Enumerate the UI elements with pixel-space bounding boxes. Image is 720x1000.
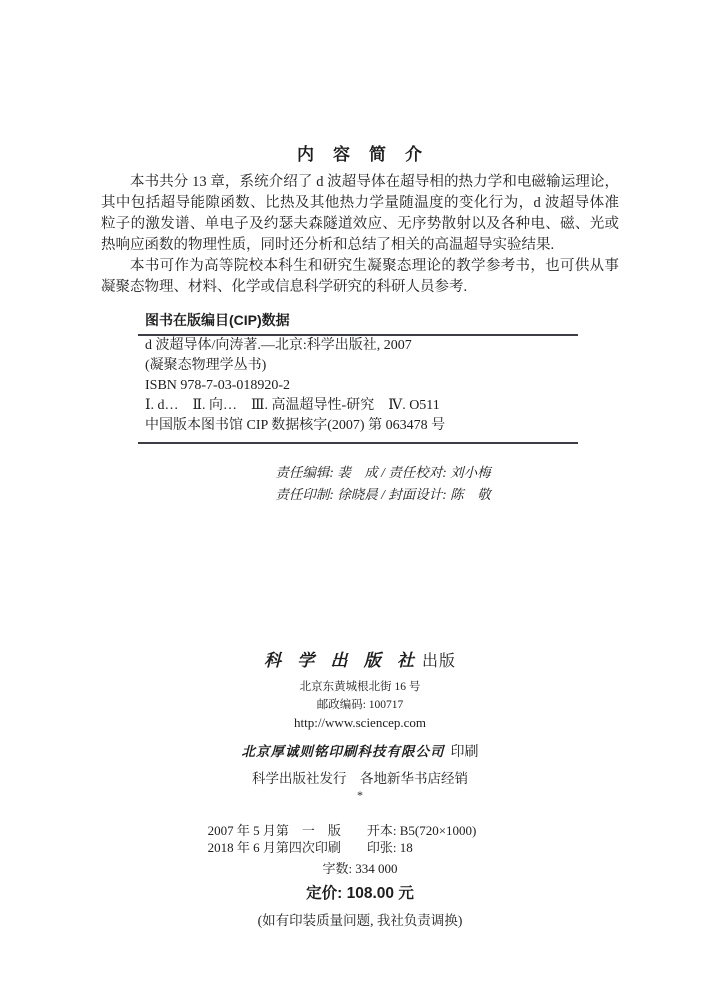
edition-block: 2007 年 5 月第 一 版 开本: B5(720×1000) 2018 年 …: [208, 823, 477, 856]
publisher-logo: 科 学 出 版 社: [264, 651, 420, 670]
cip-book-line: d 波超导体/向涛著.—北京:科学出版社, 2007: [138, 336, 578, 356]
credits-section: 责任编辑: 裴 成 / 责任校对: 刘小梅 责任印制: 徐晓晨 / 封面设计: …: [0, 464, 720, 508]
cip-classification-line: Ⅰ. d… Ⅱ. 向… Ⅲ. 高温超导性-研究 Ⅳ. O511: [138, 396, 578, 416]
publisher-line: 科 学 出 版 社出版: [0, 650, 720, 673]
distribution-line: 科学出版社发行 各地新华书店经销: [0, 767, 720, 787]
intro-section: 本书共分 13 章，系统介绍了 d 波超导体在超导相的热力学和电磁输运理论，其中…: [101, 172, 619, 298]
quality-notice: (如有印装质量问题, 我社负责调换): [0, 909, 720, 929]
intro-paragraph-1: 本书共分 13 章，系统介绍了 d 波超导体在超导相的热力学和电磁输运理论，其中…: [101, 172, 619, 256]
cip-isbn-line: ISBN 978-7-03-018920-2: [138, 376, 578, 396]
price-line: 定价: 108.00 元: [0, 881, 720, 903]
credits-editor-line: 责任编辑: 裴 成 / 责任校对: 刘小梅: [46, 464, 720, 482]
wordcount-line: 字数: 334 000: [0, 858, 720, 877]
publisher-postcode: 邮政编码: 100717: [0, 696, 720, 712]
cip-rule-bottom: [138, 442, 578, 444]
separator-asterisk: *: [0, 790, 720, 800]
publisher-logo-suffix: 出版: [422, 653, 456, 670]
cip-registry-line: 中国版本图书馆 CIP 数据核字(2007) 第 063478 号: [138, 416, 578, 436]
printer-name: 北京厚诚则铭印刷科技有限公司: [242, 744, 445, 759]
publisher-address: 北京东黄城根北街 16 号: [0, 678, 720, 694]
printer-line: 北京厚诚则铭印刷科技有限公司印刷: [0, 740, 720, 761]
publisher-website: http://www.sciencep.com: [0, 715, 720, 731]
cip-series-line: (凝聚态物理学丛书): [138, 356, 578, 376]
cip-block: 图书在版编目(CIP)数据 d 波超导体/向涛著.—北京:科学出版社, 2007…: [138, 310, 578, 444]
intro-paragraph-2: 本书可作为高等院校本科生和研究生凝聚态理论的教学参考书，也可供从事凝聚态物理、材…: [101, 256, 619, 298]
printing-line: 2018 年 6 月第四次印刷 印张: 18: [208, 840, 477, 857]
cip-header: 图书在版编目(CIP)数据: [138, 310, 578, 330]
colophon-section: 科 学 出 版 社出版 北京东黄城根北街 16 号 邮政编码: 100717 h…: [0, 650, 720, 929]
copyright-page: 内 容 简 介 本书共分 13 章，系统介绍了 d 波超导体在超导相的热力学和电…: [0, 0, 720, 1000]
printer-suffix: 印刷: [451, 745, 479, 760]
edition-line: 2007 年 5 月第 一 版 开本: B5(720×1000): [208, 823, 477, 840]
credits-print-design-line: 责任印制: 徐晓晨 / 封面设计: 陈 敬: [46, 486, 720, 504]
page-title: 内 容 简 介: [0, 140, 720, 165]
